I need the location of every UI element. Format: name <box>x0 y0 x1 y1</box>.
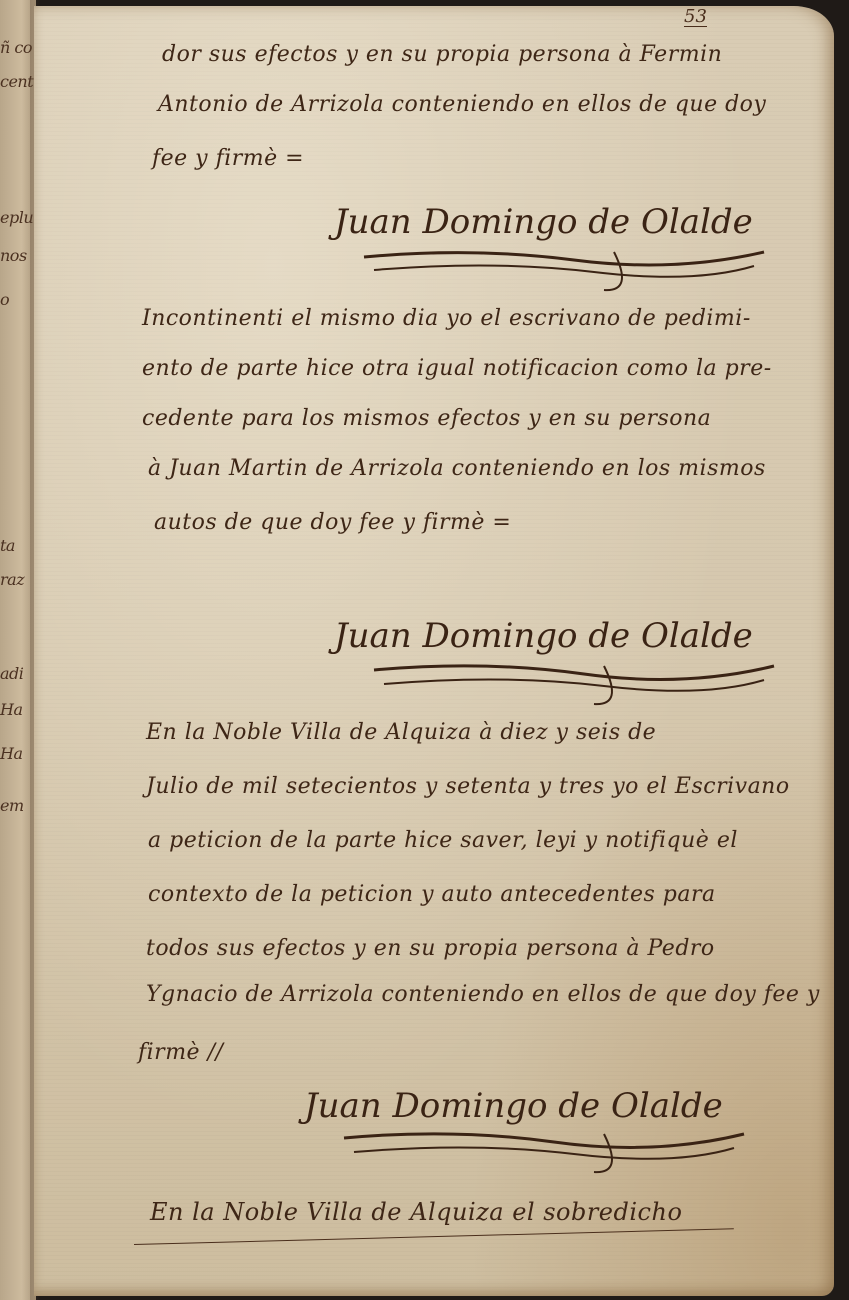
text-line: Julio de mil setecientos y setenta y tre… <box>146 774 790 799</box>
text-line: contexto de la peticion y auto anteceden… <box>148 882 716 907</box>
text-line: firmè // <box>138 1040 223 1065</box>
left-page-text-fragment: ñ co <box>0 38 32 57</box>
text-line: dor sus efectos y en su propia persona à… <box>162 42 722 67</box>
text-line: En la Noble Villa de Alquiza el sobredic… <box>150 1198 682 1226</box>
text-line: todos sus efectos y en su propia persona… <box>146 936 715 961</box>
left-page-text-fragment: Ha <box>0 700 23 719</box>
text-line: a peticion de la parte hice saver, leyi … <box>148 828 738 853</box>
signature-flourish <box>364 658 784 708</box>
left-page-text-fragment: o <box>0 290 9 309</box>
left-page-text-fragment: eplu <box>0 208 33 227</box>
left-page-text-fragment: adi <box>0 664 23 683</box>
folio-number: 53 <box>684 8 707 27</box>
closing-underline <box>134 1228 734 1245</box>
left-page-text-fragment: em <box>0 796 24 815</box>
notary-signature: Juan Domingo de Olalde <box>304 1086 723 1126</box>
text-line: ento de parte hice otra igual notificaci… <box>142 356 772 381</box>
signature-flourish <box>334 1126 754 1176</box>
text-line: Incontinenti el mismo dia yo el escrivan… <box>142 306 751 331</box>
left-page-text-fragment: raz <box>0 570 24 589</box>
notary-signature: Juan Domingo de Olalde <box>334 202 753 242</box>
left-page-text-fragment: cent <box>0 72 33 91</box>
text-line: Ygnacio de Arrizola conteniendo en ellos… <box>146 982 820 1007</box>
left-page-text-fragment: Ha <box>0 744 23 763</box>
text-line: cedente para los mismos efectos y en su … <box>142 406 711 431</box>
signature-flourish <box>354 242 774 292</box>
text-line: à Juan Martin de Arrizola conteniendo en… <box>148 456 766 481</box>
text-line: fee y firmè = <box>152 146 304 171</box>
notary-signature: Juan Domingo de Olalde <box>334 616 753 656</box>
left-page-text-fragment: nos <box>0 246 27 265</box>
text-line: Antonio de Arrizola conteniendo en ellos… <box>158 92 766 117</box>
text-line: autos de que doy fee y firmè = <box>154 510 511 535</box>
left-page-text-fragment: ta <box>0 536 15 555</box>
manuscript-page: 53 dor sus efectos y en su propia person… <box>34 6 834 1296</box>
text-line: En la Noble Villa de Alquiza à diez y se… <box>146 720 656 745</box>
